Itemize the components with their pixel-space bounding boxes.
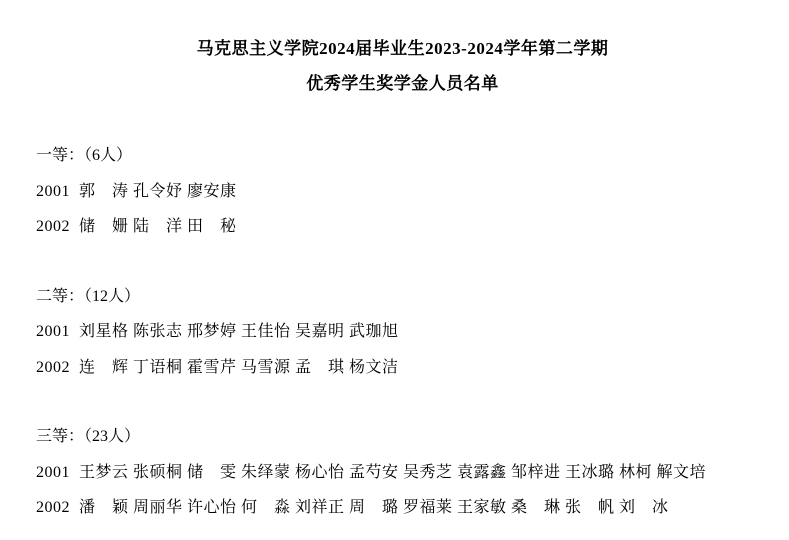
class-id: 2001: [36, 323, 70, 340]
class-id: 2002: [36, 499, 70, 516]
student-names: 潘 颖 周丽华 许心怡 何 淼 刘祥正 周 璐 罗福莱 王家敏 桑 琳 张 帆 …: [79, 499, 669, 516]
name-row: 2002连 辉 丁语桐 霍雪芹 马雪源 孟 琪 杨文洁: [36, 350, 769, 386]
name-row: 2001郭 涛 孔令妤 廖安康: [36, 174, 769, 210]
name-row: 2002潘 颖 周丽华 许心怡 何 淼 刘祥正 周 璐 罗福莱 王家敏 桑 琳 …: [36, 490, 769, 526]
class-id: 2002: [36, 218, 70, 235]
name-row: 2001刘星格 陈张志 邢梦婷 王佳怡 吴嘉明 武珈旭: [36, 314, 769, 350]
award-section-third-class: 三等：（23人） 2001王梦云 张硕桐 储 雯 朱绎蒙 杨心怡 孟芍安 吴秀芝…: [36, 419, 769, 526]
class-id: 2001: [36, 464, 70, 481]
class-id: 2002: [36, 359, 70, 376]
section-heading: 二等：（12人）: [36, 279, 769, 315]
student-names: 刘星格 陈张志 邢梦婷 王佳怡 吴嘉明 武珈旭: [79, 323, 399, 340]
scholarship-document: 马克思主义学院2024届毕业生2023-2024学年第二学期 优秀学生奖学金人员…: [0, 0, 789, 540]
student-names: 郭 涛 孔令妤 廖安康: [79, 183, 237, 200]
name-row: 2001王梦云 张硕桐 储 雯 朱绎蒙 杨心怡 孟芍安 吴秀芝 袁露鑫 邹梓进 …: [36, 455, 769, 491]
document-title-line1: 马克思主义学院2024届毕业生2023-2024学年第二学期: [36, 31, 769, 66]
student-names: 王梦云 张硕桐 储 雯 朱绎蒙 杨心怡 孟芍安 吴秀芝 袁露鑫 邹梓进 王冰璐 …: [79, 464, 706, 481]
student-names: 连 辉 丁语桐 霍雪芹 马雪源 孟 琪 杨文洁: [79, 359, 399, 376]
class-id: 2001: [36, 183, 70, 200]
student-names: 储 姗 陆 洋 田 秘: [79, 218, 237, 235]
award-section-second-class: 二等：（12人） 2001刘星格 陈张志 邢梦婷 王佳怡 吴嘉明 武珈旭 200…: [36, 279, 769, 386]
document-title-line2: 优秀学生奖学金人员名单: [36, 66, 769, 101]
name-row: 2002储 姗 陆 洋 田 秘: [36, 209, 769, 245]
award-section-first-class: 一等：（6人） 2001郭 涛 孔令妤 廖安康 2002储 姗 陆 洋 田 秘: [36, 138, 769, 245]
section-heading: 一等：（6人）: [36, 138, 769, 174]
section-heading: 三等：（23人）: [36, 419, 769, 455]
